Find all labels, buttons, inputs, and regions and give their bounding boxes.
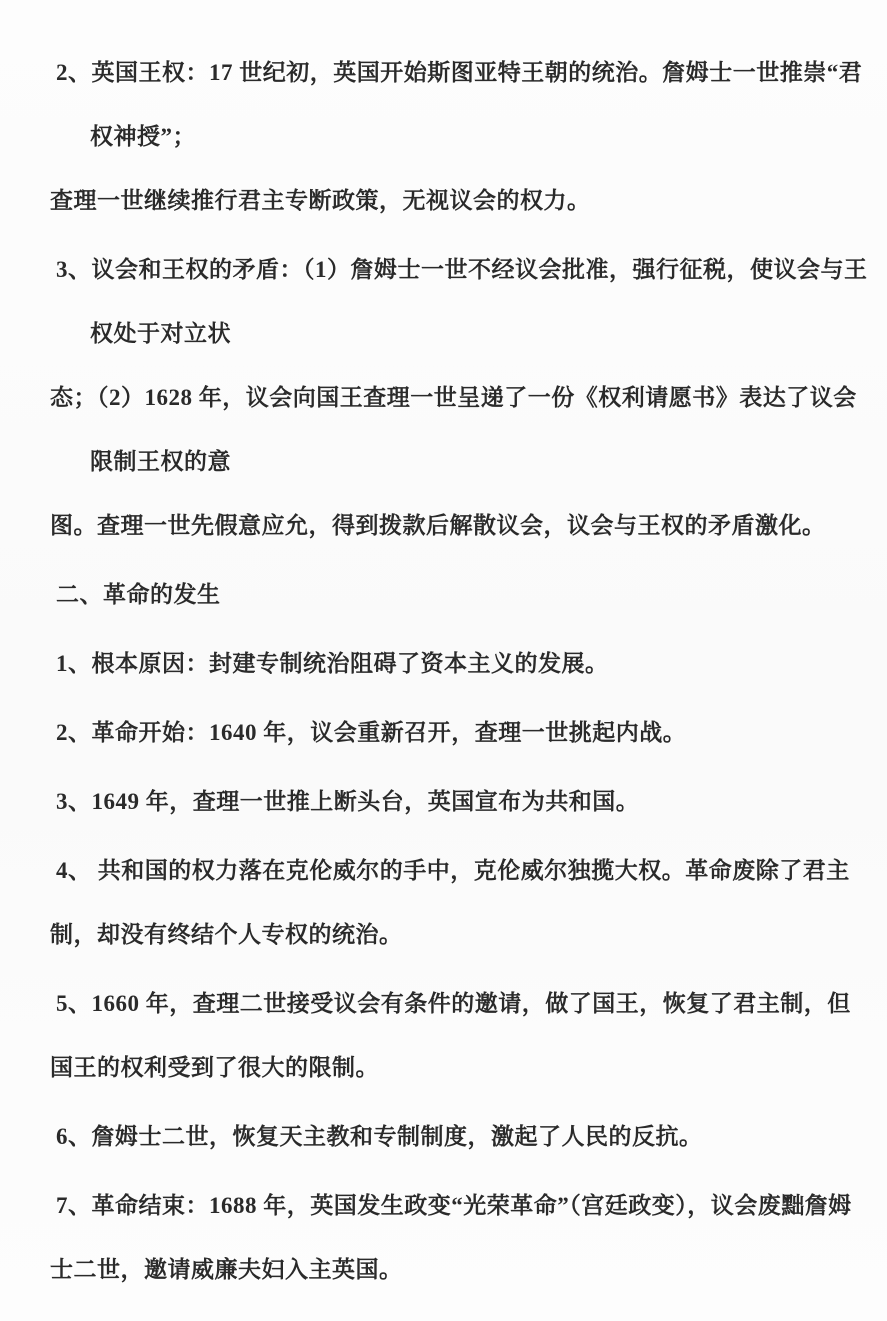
text-line: 态；（2）1628 年，议会向国王查理一世呈递了一份《权利请愿书》表达了议会 — [50, 366, 843, 430]
text-line: 权神授”； — [50, 105, 843, 169]
text-line: 限制王权的意 — [50, 430, 843, 494]
text-line: 7、革命结束：1688 年，英国发生政变“光荣革命”（宫廷政变），议会废黜詹姆 — [50, 1174, 843, 1238]
section-heading: 二、革命的发生 — [50, 563, 843, 627]
text-line: 图。查理一世先假意应允，得到拨款后解散议会，议会与王权的矛盾激化。 — [50, 494, 843, 558]
text-line: 权处于对立状 — [50, 302, 843, 366]
text-line: 士二世，邀请威廉夫妇入主英国。 — [50, 1238, 843, 1302]
text-line: 2、革命开始：1640 年，议会重新召开，查理一世挑起内战。 — [50, 701, 843, 765]
document-page: 2、英国王权：17 世纪初，英国开始斯图亚特王朝的统治。詹姆士一世推崇“君 权神… — [0, 0, 887, 1321]
text-line: 3、议会和王权的矛盾：（1）詹姆士一世不经议会批准，强行征税，使议会与王 — [50, 238, 843, 302]
text-line: 2、英国王权：17 世纪初，英国开始斯图亚特王朝的统治。詹姆士一世推崇“君 — [50, 41, 843, 105]
text-line: 6、詹姆士二世，恢复天主教和专制制度，激起了人民的反抗。 — [50, 1105, 843, 1169]
text-line: 查理一世继续推行君主专断政策，无视议会的权力。 — [50, 169, 843, 233]
text-line: 1、根本原因：封建专制统治阻碍了资本主义的发展。 — [50, 632, 843, 696]
text-line: 5、1660 年，查理二世接受议会有条件的邀请，做了国王，恢复了君主制，但 — [50, 972, 843, 1036]
text-line: 4、 共和国的权力落在克伦威尔的手中，克伦威尔独揽大权。革命废除了君主 — [50, 839, 843, 903]
text-line: 3、1649 年，查理一世推上断头台，英国宣布为共和国。 — [50, 770, 843, 834]
text-line: 国王的权利受到了很大的限制。 — [50, 1036, 843, 1100]
text-line: 制，却没有终结个人专权的统治。 — [50, 903, 843, 967]
